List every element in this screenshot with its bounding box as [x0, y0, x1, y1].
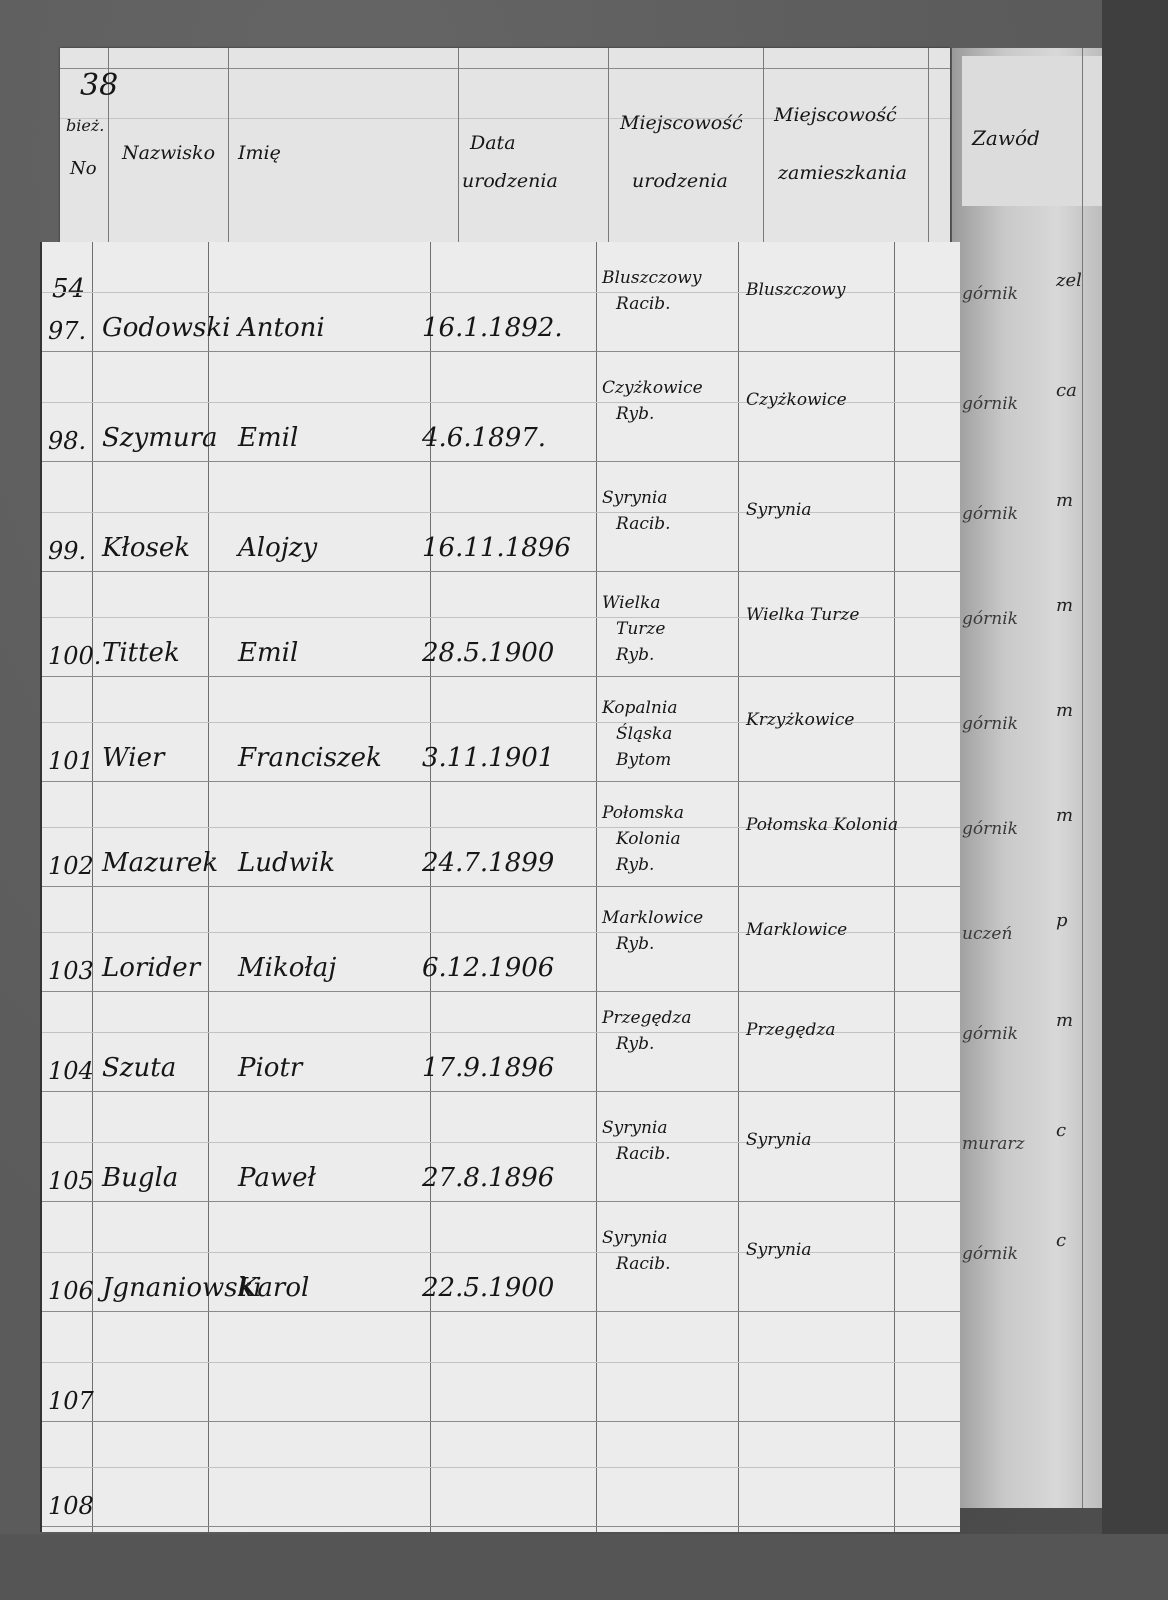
entry-number: 107	[48, 1389, 94, 1414]
column-divider	[763, 48, 764, 242]
column-divider	[894, 242, 895, 1532]
entry-occupation: górnik	[962, 716, 1018, 734]
ruled-line	[42, 1091, 960, 1092]
entry-birth-place-line: Ryb.	[616, 857, 654, 875]
header-birth-date-line2: urodzenia	[462, 172, 558, 192]
entry-residence: Krzyżkowice	[746, 712, 854, 730]
ruled-line	[42, 1142, 960, 1143]
entry-surname: Kłosek	[102, 535, 190, 562]
entry-note-fragment: c	[1056, 1232, 1066, 1251]
header-birth-date-line1: Data	[470, 134, 516, 154]
ruled-line	[42, 512, 960, 513]
entry-birth-place-line: Bluszczowy	[602, 270, 701, 288]
ruled-line	[42, 1526, 960, 1527]
entry-surname: Szuta	[102, 1055, 176, 1082]
entry-birth-place-line: Syrynia	[602, 1230, 668, 1248]
ruled-line	[42, 1311, 960, 1312]
entry-number: 104	[48, 1059, 94, 1084]
entry-number: 106	[48, 1279, 94, 1304]
entry-number: 105	[48, 1169, 94, 1194]
entry-birth-place-line: Ryb.	[616, 647, 654, 665]
entry-birth-place-line: Czyżkowice	[602, 380, 703, 398]
entry-birth-date: 16.1.1892.	[422, 315, 563, 342]
entry-number: 102	[48, 854, 94, 879]
entry-birth-place-line: Ryb.	[616, 406, 654, 424]
entry-birth-place-line: Racib.	[616, 1256, 671, 1274]
ruled-line	[42, 1421, 960, 1422]
column-divider	[458, 48, 459, 242]
entry-surname: Godowski	[102, 315, 230, 342]
ruled-line	[42, 1467, 960, 1468]
entry-note-fragment: zel	[1056, 272, 1082, 291]
entry-note-fragment: m	[1056, 492, 1073, 511]
entry-number: 98.	[48, 429, 86, 454]
entry-birth-date: 4.6.1897.	[422, 425, 546, 452]
entry-occupation: uczeń	[962, 926, 1012, 944]
entry-number: 97.	[48, 319, 86, 344]
entry-residence: Przegędza	[746, 1022, 836, 1040]
ruled-line	[42, 351, 960, 352]
entry-birth-place-line: Turze	[616, 621, 665, 639]
ruled-line	[42, 991, 960, 992]
entry-first-name: Ludwik	[238, 850, 335, 877]
entry-note-fragment: ca	[1056, 382, 1077, 401]
entry-birth-place-line: Przegędza	[602, 1010, 692, 1028]
entry-occupation: górnik	[962, 286, 1018, 304]
entry-residence: Wielka Turze	[746, 607, 859, 625]
entry-first-name: Antoni	[238, 315, 325, 342]
header-first-name: Imię	[238, 144, 281, 164]
entry-residence: Czyżkowice	[746, 392, 847, 410]
entry-birth-date: 3.11.1901	[422, 745, 554, 772]
column-divider	[738, 242, 739, 1532]
header-residence-line1: Miejscowość	[774, 106, 897, 126]
entry-note-fragment: m	[1056, 597, 1073, 616]
scan-shadow	[1102, 0, 1168, 1600]
entry-birth-date: 24.7.1899	[422, 850, 554, 877]
scan-shadow	[0, 1534, 1168, 1600]
entry-first-name: Emil	[238, 640, 298, 667]
ruled-line	[42, 781, 960, 782]
header-birth-place-line2: urodzenia	[632, 172, 728, 192]
page-number: 38	[80, 70, 118, 102]
ruled-line	[42, 461, 960, 462]
entry-birth-place-line: Racib.	[616, 516, 671, 534]
entry-residence: Marklowice	[746, 922, 847, 940]
entry-first-name: Emil	[238, 425, 298, 452]
entry-birth-date: 6.12.1906	[422, 955, 554, 982]
entry-birth-place-line: Połomska	[602, 805, 684, 823]
entry-residence: Syrynia	[746, 1242, 812, 1260]
column-divider	[608, 48, 609, 242]
header-no-line1: bież.	[66, 118, 104, 135]
column-divider	[228, 48, 229, 242]
entry-occupation: górnik	[962, 506, 1018, 524]
ruled-line	[42, 676, 960, 677]
header-occupation: Zawód	[972, 128, 1040, 149]
entry-occupation: murarz	[962, 1136, 1024, 1154]
entry-note-fragment: p	[1056, 912, 1068, 931]
entry-birth-date: 22.5.1900	[422, 1275, 554, 1302]
entry-residence: Połomska Kolonia	[746, 817, 898, 835]
entry-birth-date: 17.9.1896	[422, 1055, 554, 1082]
entry-residence: Syrynia	[746, 502, 812, 520]
entry-birth-place-line: Śląska	[616, 726, 672, 744]
entry-first-name: Franciszek	[238, 745, 382, 772]
entry-birth-place-line: Wielka	[602, 595, 661, 613]
column-divider	[928, 48, 929, 242]
entry-birth-place-line: Racib.	[616, 1146, 671, 1164]
ruled-line	[60, 68, 950, 69]
entry-number: 101	[48, 749, 94, 774]
entry-birth-place-line: Racib.	[616, 296, 671, 314]
header-birth-place-line1: Miejscowość	[620, 114, 743, 134]
entry-residence: Syrynia	[746, 1132, 812, 1150]
entry-number: 99.	[48, 539, 86, 564]
entry-birth-place-line: Kopalnia	[602, 700, 677, 718]
entry-note-fragment: m	[1056, 807, 1073, 826]
entry-birth-place-line: Syrynia	[602, 490, 668, 508]
entry-note-fragment: m	[1056, 702, 1073, 721]
register-entries-sheet: 54 97.GodowskiAntoni16.1.1892.Bluszczowy…	[40, 242, 960, 1532]
ruled-line	[42, 1362, 960, 1363]
entry-occupation: górnik	[962, 396, 1018, 414]
entry-birth-place-line: Kolonia	[616, 831, 681, 849]
ruled-line	[42, 571, 960, 572]
entry-birth-date: 16.11.1896	[422, 535, 571, 562]
entry-first-name: Alojzy	[238, 535, 317, 562]
header-surname: Nazwisko	[122, 144, 215, 164]
entry-number: 103	[48, 959, 94, 984]
entry-note-fragment: m	[1056, 1012, 1073, 1031]
entry-birth-place-line: Ryb.	[616, 936, 654, 954]
entry-occupation: górnik	[962, 611, 1018, 629]
entry-surname: Lorider	[102, 955, 200, 982]
entry-first-name: Karol	[238, 1275, 309, 1302]
sheet-marker: 54	[52, 276, 85, 303]
entry-occupation: górnik	[962, 1026, 1018, 1044]
entry-birth-date: 28.5.1900	[422, 640, 554, 667]
entry-surname: Wier	[102, 745, 164, 772]
entry-surname: Mazurek	[102, 850, 218, 877]
column-divider	[92, 242, 93, 1532]
ruled-line	[42, 886, 960, 887]
entry-birth-place-line: Ryb.	[616, 1036, 654, 1054]
column-divider	[596, 242, 597, 1532]
entry-occupation: górnik	[962, 821, 1018, 839]
entry-surname: Szymura	[102, 425, 218, 452]
entry-first-name: Mikołaj	[238, 955, 336, 982]
entry-surname: Bugla	[102, 1165, 178, 1192]
entry-occupation: górnik	[962, 1246, 1018, 1264]
entry-residence: Bluszczowy	[746, 282, 845, 300]
entry-birth-place-line: Bytom	[616, 752, 671, 770]
entry-first-name: Piotr	[238, 1055, 302, 1082]
column-divider	[1082, 48, 1083, 1508]
entry-number: 100.	[48, 644, 101, 669]
entry-first-name: Paweł	[238, 1165, 316, 1192]
ruled-line	[42, 1252, 960, 1253]
ruled-line	[42, 1201, 960, 1202]
entry-number: 108	[48, 1494, 94, 1519]
entry-note-fragment: c	[1056, 1122, 1066, 1141]
header-residence-line2: zamieszkania	[778, 164, 907, 184]
entry-birth-place-line: Marklowice	[602, 910, 703, 928]
register-occupation-sheet: Zawód	[952, 48, 1102, 1508]
entry-birth-date: 27.8.1896	[422, 1165, 554, 1192]
entry-birth-place-line: Syrynia	[602, 1120, 668, 1138]
entry-surname: Tittek	[102, 640, 180, 667]
header-no-line2: No	[70, 160, 97, 179]
